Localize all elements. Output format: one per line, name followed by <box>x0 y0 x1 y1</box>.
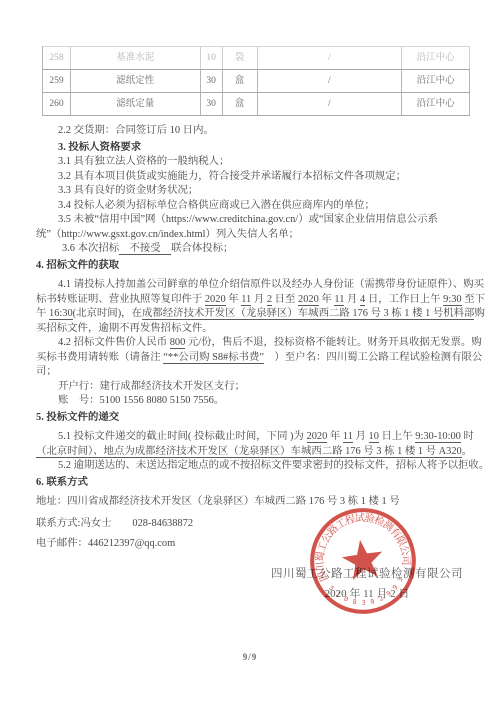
table-cell-unit: 袋 <box>223 47 258 69</box>
doc-line: 买标书费用请转账（请备注 “**公司购 S8#标书费” ）至户名：四川蜀工公路工… <box>36 351 470 366</box>
doc-line: 开户行：建行成都经济技术开发区支行； <box>36 380 470 395</box>
underlined-text: 9:30-10:00 <box>415 431 461 443</box>
text: 日至 <box>272 294 298 305</box>
text: 2.2 交货期：合同签订后 10 日内。 <box>58 125 214 136</box>
table-cell-no: 259 <box>43 70 71 92</box>
text: 4.2 招标文件售价人民币 <box>58 337 170 348</box>
doc-line: 3.2 具有本项目供货或实施能力，符合接受并承诺履行本招标文件各项规定； <box>36 170 470 185</box>
underlined-text: 9:30 <box>443 294 461 306</box>
doc-line: 账 号：5100 1556 8080 5150 7556。 <box>36 394 470 409</box>
underlined-text: （北京时间）、地点为成都经济技术开发区（龙泉驿区）车城西二路 176 号 3 栋… <box>36 446 462 458</box>
text: 标书转账证明、营业执照等复印件于 <box>36 294 205 305</box>
table-cell-no: 258 <box>43 47 71 69</box>
underlined-text: 11 <box>334 294 344 306</box>
doc-line: 统”（http://www.gsxt.gov.cn/index.html）列入失… <box>36 228 470 243</box>
text: 日，工作日上午 <box>365 294 443 305</box>
underlined-text: 16:30 <box>49 308 73 320</box>
text: 电子邮件：446212397@qq.com <box>36 538 175 549</box>
text: 年 <box>327 431 343 442</box>
text: 联合体投标； <box>171 243 233 254</box>
table-cell-center: 沿江中心 <box>402 93 470 115</box>
underlined-text: “**公司购 S8#标书费” <box>163 352 264 364</box>
text: 时 <box>461 431 474 442</box>
table-cell-item: 基准水泥 <box>71 47 201 69</box>
text: ）至户名：四川蜀工公路工程试验检测有限公 <box>264 352 482 363</box>
company-seal-stamp: 四川蜀工公路工程试验检测有限公司 5108302993 <box>302 502 424 624</box>
doc-line: 2.2 交货期：合同签订后 10 日内。 <box>36 124 470 139</box>
text: 至下 <box>462 294 485 305</box>
text: 买招标文件，逾期不再发售招标文件。 <box>36 323 213 334</box>
text: 3. 投标人资格要求 <box>58 142 141 153</box>
text: 3.4 投标人必须为招标单位合格供应商或已入潜在供应商库内的单位； <box>58 200 375 211</box>
text: 6. 联系方式 <box>36 477 88 488</box>
doc-line: 司； <box>36 365 470 380</box>
page-number: 9/9 <box>0 652 500 662</box>
doc-line: 3.6 本次招标 不接受 联合体投标； <box>36 242 470 257</box>
table-row: 259滤纸定性30盒/沿江中心 <box>43 70 470 93</box>
table-row: 260滤纸定量30盒/沿江中心 <box>43 93 470 116</box>
text: 买标书费用请转账（请备注 <box>36 352 163 363</box>
table-cell-qty: 30 <box>201 70 223 92</box>
table-cell-item: 滤纸定量 <box>71 93 201 115</box>
text: 月 <box>251 294 267 305</box>
underlined-text: 2020 <box>307 431 328 443</box>
table-cell-no: 260 <box>43 93 71 115</box>
text: 3.2 具有本项目供货或实施能力，符合接受并承诺履行本招标文件各项规定； <box>58 171 406 182</box>
doc-line: 3.3 具有良好的资金财务状况； <box>36 184 470 199</box>
text: 3.6 本次招标 <box>62 243 119 254</box>
text: 5.2 逾期送达的、未送达指定地点的或不按招标文件要求密封的投标文件，招标人将予… <box>58 460 489 471</box>
text: 开户行：建行成都经济技术开发区支行； <box>58 381 245 392</box>
text: 月 <box>344 294 360 305</box>
table-cell-remark: / <box>258 93 403 115</box>
table-cell-center: 沿江中心 <box>402 70 470 92</box>
text: 3.5 未被“信用中国”网（https://www.creditchina.go… <box>58 214 438 225</box>
text: (北京时间)，在 <box>73 308 142 319</box>
text: 5.1 投标文件递交的截止时间( 投标截止时间，下同 )为 <box>58 431 307 442</box>
table-cell-unit: 盒 <box>223 93 258 115</box>
text: 日上午 <box>379 431 415 442</box>
table-cell-remark: / <box>258 70 403 92</box>
text: 4.1 请投标人持加盖公司鲜章的单位介绍信原件以及经办人身份证（需携带身份证原件… <box>58 279 484 290</box>
text: 3.1 具有独立法人资格的一般纳税人； <box>58 156 229 167</box>
text: 。 <box>462 446 472 457</box>
table-cell-qty: 10 <box>201 47 223 69</box>
text: 3.3 具有良好的资金财务状况； <box>58 185 198 196</box>
text: 年 <box>226 294 242 305</box>
doc-line: 午 16:30(北京时间)，在成都经济技术开发区（龙泉驿区）车城西二路 176 … <box>36 307 470 322</box>
underlined-text: 11 <box>343 431 353 443</box>
doc-line: 5. 投标文件的递交 <box>36 411 470 426</box>
text: 元/份，售后不退，投标资格不能转让。财务开具收据无发票。购 <box>185 337 481 348</box>
doc-line: 5.1 投标文件递交的截止时间( 投标截止时间，下同 )为 2020 年 11 … <box>36 430 470 445</box>
text: 司； <box>36 366 57 377</box>
doc-line: 5.2 逾期送达的、未送达指定地点的或不按招标文件要求密封的投标文件，招标人将予… <box>36 459 470 474</box>
doc-line: 3.4 投标人必须为招标单位合格供应商或已入潜在供应商库内的单位； <box>36 199 470 214</box>
text: 购 <box>474 308 484 319</box>
text: 年 <box>319 294 335 305</box>
underlined-text: 2020 <box>298 294 319 306</box>
doc-line: 买招标文件，逾期不再发售招标文件。 <box>36 322 470 337</box>
document-page: 258基准水泥10袋/沿江中心259滤纸定性30盒/沿江中心260滤纸定量30盒… <box>0 0 500 706</box>
doc-line: 3.1 具有独立法人资格的一般纳税人； <box>36 155 470 170</box>
doc-line: 4.1 请投标人持加盖公司鲜章的单位介绍信原件以及经办人身份证（需携带身份证原件… <box>36 278 470 293</box>
underlined-text: 800 <box>170 337 186 349</box>
doc-line: （北京时间）、地点为成都经济技术开发区（龙泉驿区）车城西二路 176 号 3 栋… <box>36 445 470 460</box>
text: 4. 招标文件的获取 <box>36 260 119 271</box>
table-cell-item: 滤纸定性 <box>71 70 201 92</box>
document-body: 2.2 交货期：合同签订后 10 日内。3. 投标人资格要求3.1 具有独立法人… <box>36 124 470 552</box>
items-table: 258基准水泥10袋/沿江中心259滤纸定性30盒/沿江中心260滤纸定量30盒… <box>42 46 470 116</box>
table-row: 258基准水泥10袋/沿江中心 <box>43 47 470 70</box>
doc-line: 4.2 招标文件售价人民币 800 元/份，售后不退，投标资格不能转让。财务开具… <box>36 336 470 351</box>
underlined-text: 11 <box>241 294 251 306</box>
underlined-text: 2020 <box>205 294 226 306</box>
text: 月 <box>353 431 369 442</box>
text: 统”（http://www.gsxt.gov.cn/index.html）列入失… <box>36 229 299 240</box>
text: 午 <box>36 308 49 319</box>
table-cell-remark: / <box>258 47 403 69</box>
doc-line: 3. 投标人资格要求 <box>36 141 470 156</box>
table-cell-qty: 30 <box>201 93 223 115</box>
text: 联系方式:冯女士 028-84638872 <box>36 518 193 529</box>
text: 5. 投标文件的递交 <box>36 412 119 423</box>
underlined-text: 成都经济技术开发区（龙泉驿区）车城西二路 176 号 3 栋 1 楼 1 号机料… <box>142 308 475 320</box>
seal-icon: 四川蜀工公路工程试验检测有限公司 5108302993 <box>302 502 424 624</box>
star-icon <box>340 537 386 581</box>
table-cell-center: 沿江中心 <box>402 47 470 69</box>
doc-line: 3.5 未被“信用中国”网（https://www.creditchina.go… <box>36 213 470 228</box>
underlined-text: 10 <box>369 431 379 443</box>
table-cell-unit: 盒 <box>223 70 258 92</box>
doc-line: 标书转账证明、营业执照等复印件于 2020 年 11 月 2 日至 2020 年… <box>36 293 470 308</box>
underlined-text: 不接受 <box>119 243 171 255</box>
text: 账 号：5100 1556 8080 5150 7556。 <box>58 395 224 406</box>
doc-line: 6. 联系方式 <box>36 476 470 491</box>
doc-line: 4. 招标文件的获取 <box>36 259 470 274</box>
